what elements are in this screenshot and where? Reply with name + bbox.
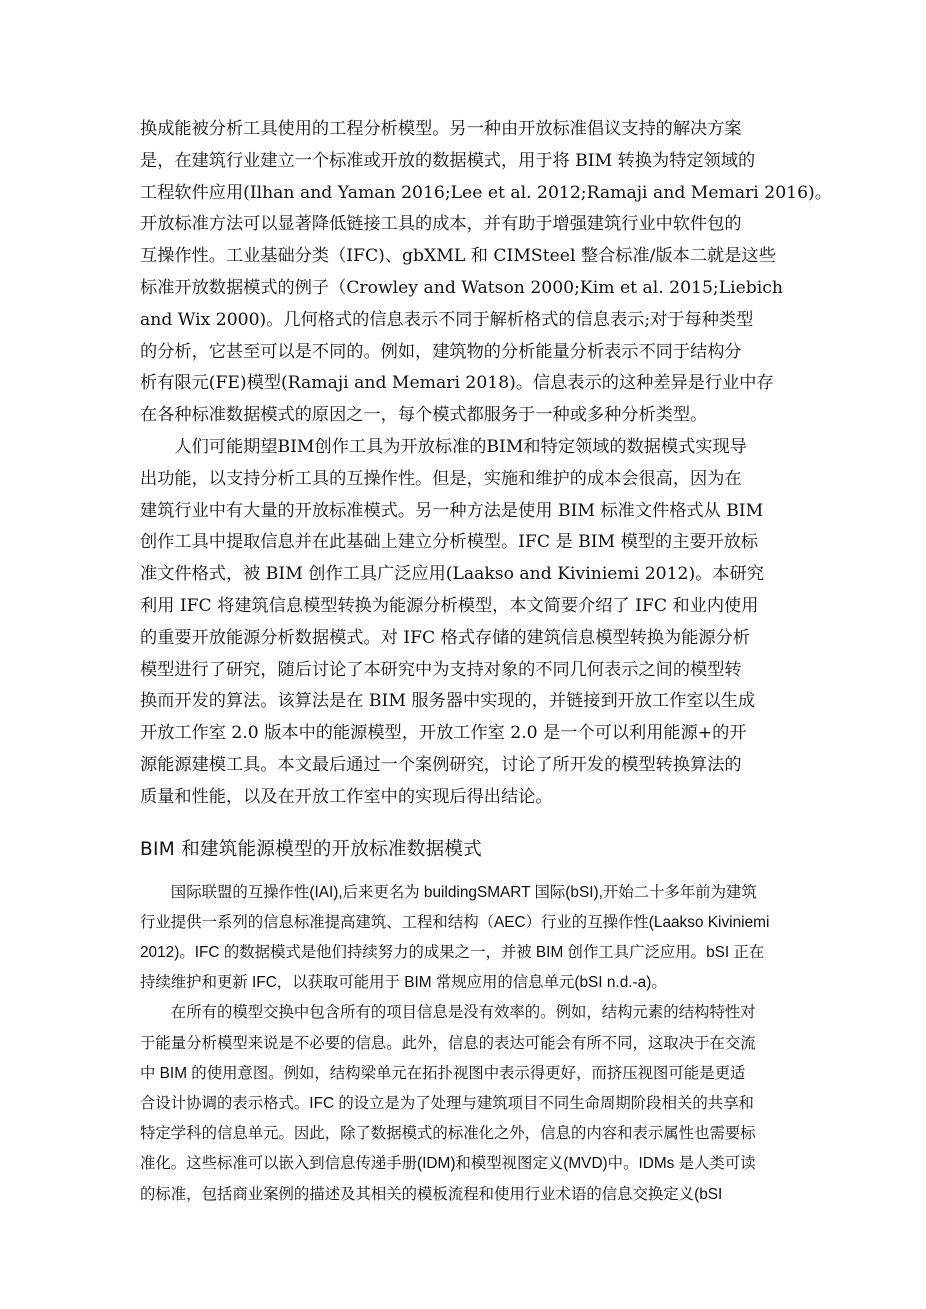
text-line: 合设计协调的表示格式。IFC 的设立是为了处理与建筑项目不同生命周期阶段相关的共…: [140, 1089, 786, 1119]
paragraph-iai-bsi: 国际联盟的互操作性(IAI),后来更名为 buildingSMART 国际(bS…: [140, 878, 786, 999]
text-line: 的重要开放能源分析数据模式。对 IFC 格式存储的建筑信息模型转换为能源分析: [140, 623, 786, 655]
text-line: 开放标准方法可以显著降低链接工具的成本，并有助于增强建筑行业中软件包的: [140, 209, 786, 241]
text-line: 模型进行了研究，随后讨论了本研究中为支持对象的不同几何表示之间的模型转: [140, 655, 786, 687]
text-line: 出功能，以支持分析工具的互操作性。但是，实施和维护的成本会很高，因为在: [140, 464, 786, 496]
paragraph-study-overview: 人们可能期望BIM创作工具为开放标准的BIM和特定领域的数据模式实现导 出功能，…: [140, 432, 786, 814]
text-line: 利用 IFC 将建筑信息模型转换为能源分析模型，本文简要介绍了 IFC 和业内使…: [140, 591, 786, 623]
text-line: 国际联盟的互操作性(IAI),后来更名为 buildingSMART 国际(bS…: [140, 878, 786, 908]
paragraph-idm-mvd: 在所有的模型交换中包含所有的项目信息是没有效率的。例如，结构元素的结构特性对 于…: [140, 998, 786, 1209]
text-line: 准文件格式，被 BIM 创作工具广泛应用(Laakso and Kiviniem…: [140, 559, 786, 591]
text-line: 准化。这些标准可以嵌入到信息传递手册(IDM)和模型视图定义(MVD)中。IDM…: [140, 1149, 786, 1179]
text-line: 中 BIM 的使用意图。例如，结构梁单元在拓扑视图中表示得更好，而挤压视图可能是…: [140, 1059, 786, 1089]
paragraph-open-standards-intro: 换成能被分析工具使用的工程分析模型。另一种由开放标准倡议支持的解决方案 是，在建…: [140, 114, 786, 432]
document-page: 换成能被分析工具使用的工程分析模型。另一种由开放标准倡议支持的解决方案 是，在建…: [140, 114, 786, 1210]
text-line: 在各种标准数据模式的原因之一，每个模式都服务于一种或多种分析类型。: [140, 400, 786, 432]
text-line: 析有限元(FE)模型(Ramaji and Memari 2018)。信息表示的…: [140, 368, 786, 400]
text-line: 是，在建筑行业建立一个标准或开放的数据模式，用于将 BIM 转换为特定领域的: [140, 146, 786, 178]
text-line: 人们可能期望BIM创作工具为开放标准的BIM和特定领域的数据模式实现导: [140, 432, 786, 464]
text-line: 持续维护和更新 IFC，以获取可能用于 BIM 常规应用的信息单元(bSI n.…: [140, 968, 786, 998]
text-line: 的分析，它甚至可以是不同的。例如，建筑物的分析能量分析表示不同于结构分: [140, 337, 786, 369]
text-line: 开放工作室 2.0 版本中的能源模型，开放工作室 2.0 是一个可以利用能源+的…: [140, 718, 786, 750]
text-line: 的标准，包括商业案例的描述及其相关的模板流程和使用行业术语的信息交换定义(bSI: [140, 1180, 786, 1210]
text-line: 互操作性。工业基础分类（IFC)、gbXML 和 CIMSteel 整合标准/版…: [140, 241, 786, 273]
text-line: 在所有的模型交换中包含所有的项目信息是没有效率的。例如，结构元素的结构特性对: [140, 998, 786, 1028]
text-line: 于能量分析模型来说是不必要的信息。此外，信息的表达可能会有所不同，这取决于在交流: [140, 1029, 786, 1059]
text-line: and Wix 2000)。几何格式的信息表示不同于解析格式的信息表示;对于每种…: [140, 305, 786, 337]
text-line: 建筑行业中有大量的开放标准模式。另一种方法是使用 BIM 标准文件格式从 BIM: [140, 496, 786, 528]
text-line: 工程软件应用(Ilhan and Yaman 2016;Lee et al. 2…: [140, 178, 786, 210]
text-line: 创作工具中提取信息并在此基础上建立分析模型。IFC 是 BIM 模型的主要开放标: [140, 527, 786, 559]
text-line: 行业提供一系列的信息标准提高建筑、工程和结构（AEC）行业的互操作性(Laaks…: [140, 908, 786, 938]
text-line: 质量和性能，以及在开放工作室中的实现后得出结论。: [140, 782, 786, 814]
text-line: 特定学科的信息单元。因此，除了数据模式的标准化之外，信息的内容和表示属性也需要标: [140, 1119, 786, 1149]
text-line: 源能源建模工具。本文最后通过一个案例研究，讨论了所开发的模型转换算法的: [140, 750, 786, 782]
text-line: 2012)。IFC 的数据模式是他们持续努力的成果之一，并被 BIM 创作工具广…: [140, 938, 786, 968]
text-line: 换而开发的算法。该算法是在 BIM 服务器中实现的，并链接到开放工作室以生成: [140, 686, 786, 718]
text-line: 标准开放数据模式的例子（Crowley and Watson 2000;Kim …: [140, 273, 786, 305]
text-line: 换成能被分析工具使用的工程分析模型。另一种由开放标准倡议支持的解决方案: [140, 114, 786, 146]
section-heading: BIM 和建筑能源模型的开放标准数据模式: [140, 836, 786, 864]
